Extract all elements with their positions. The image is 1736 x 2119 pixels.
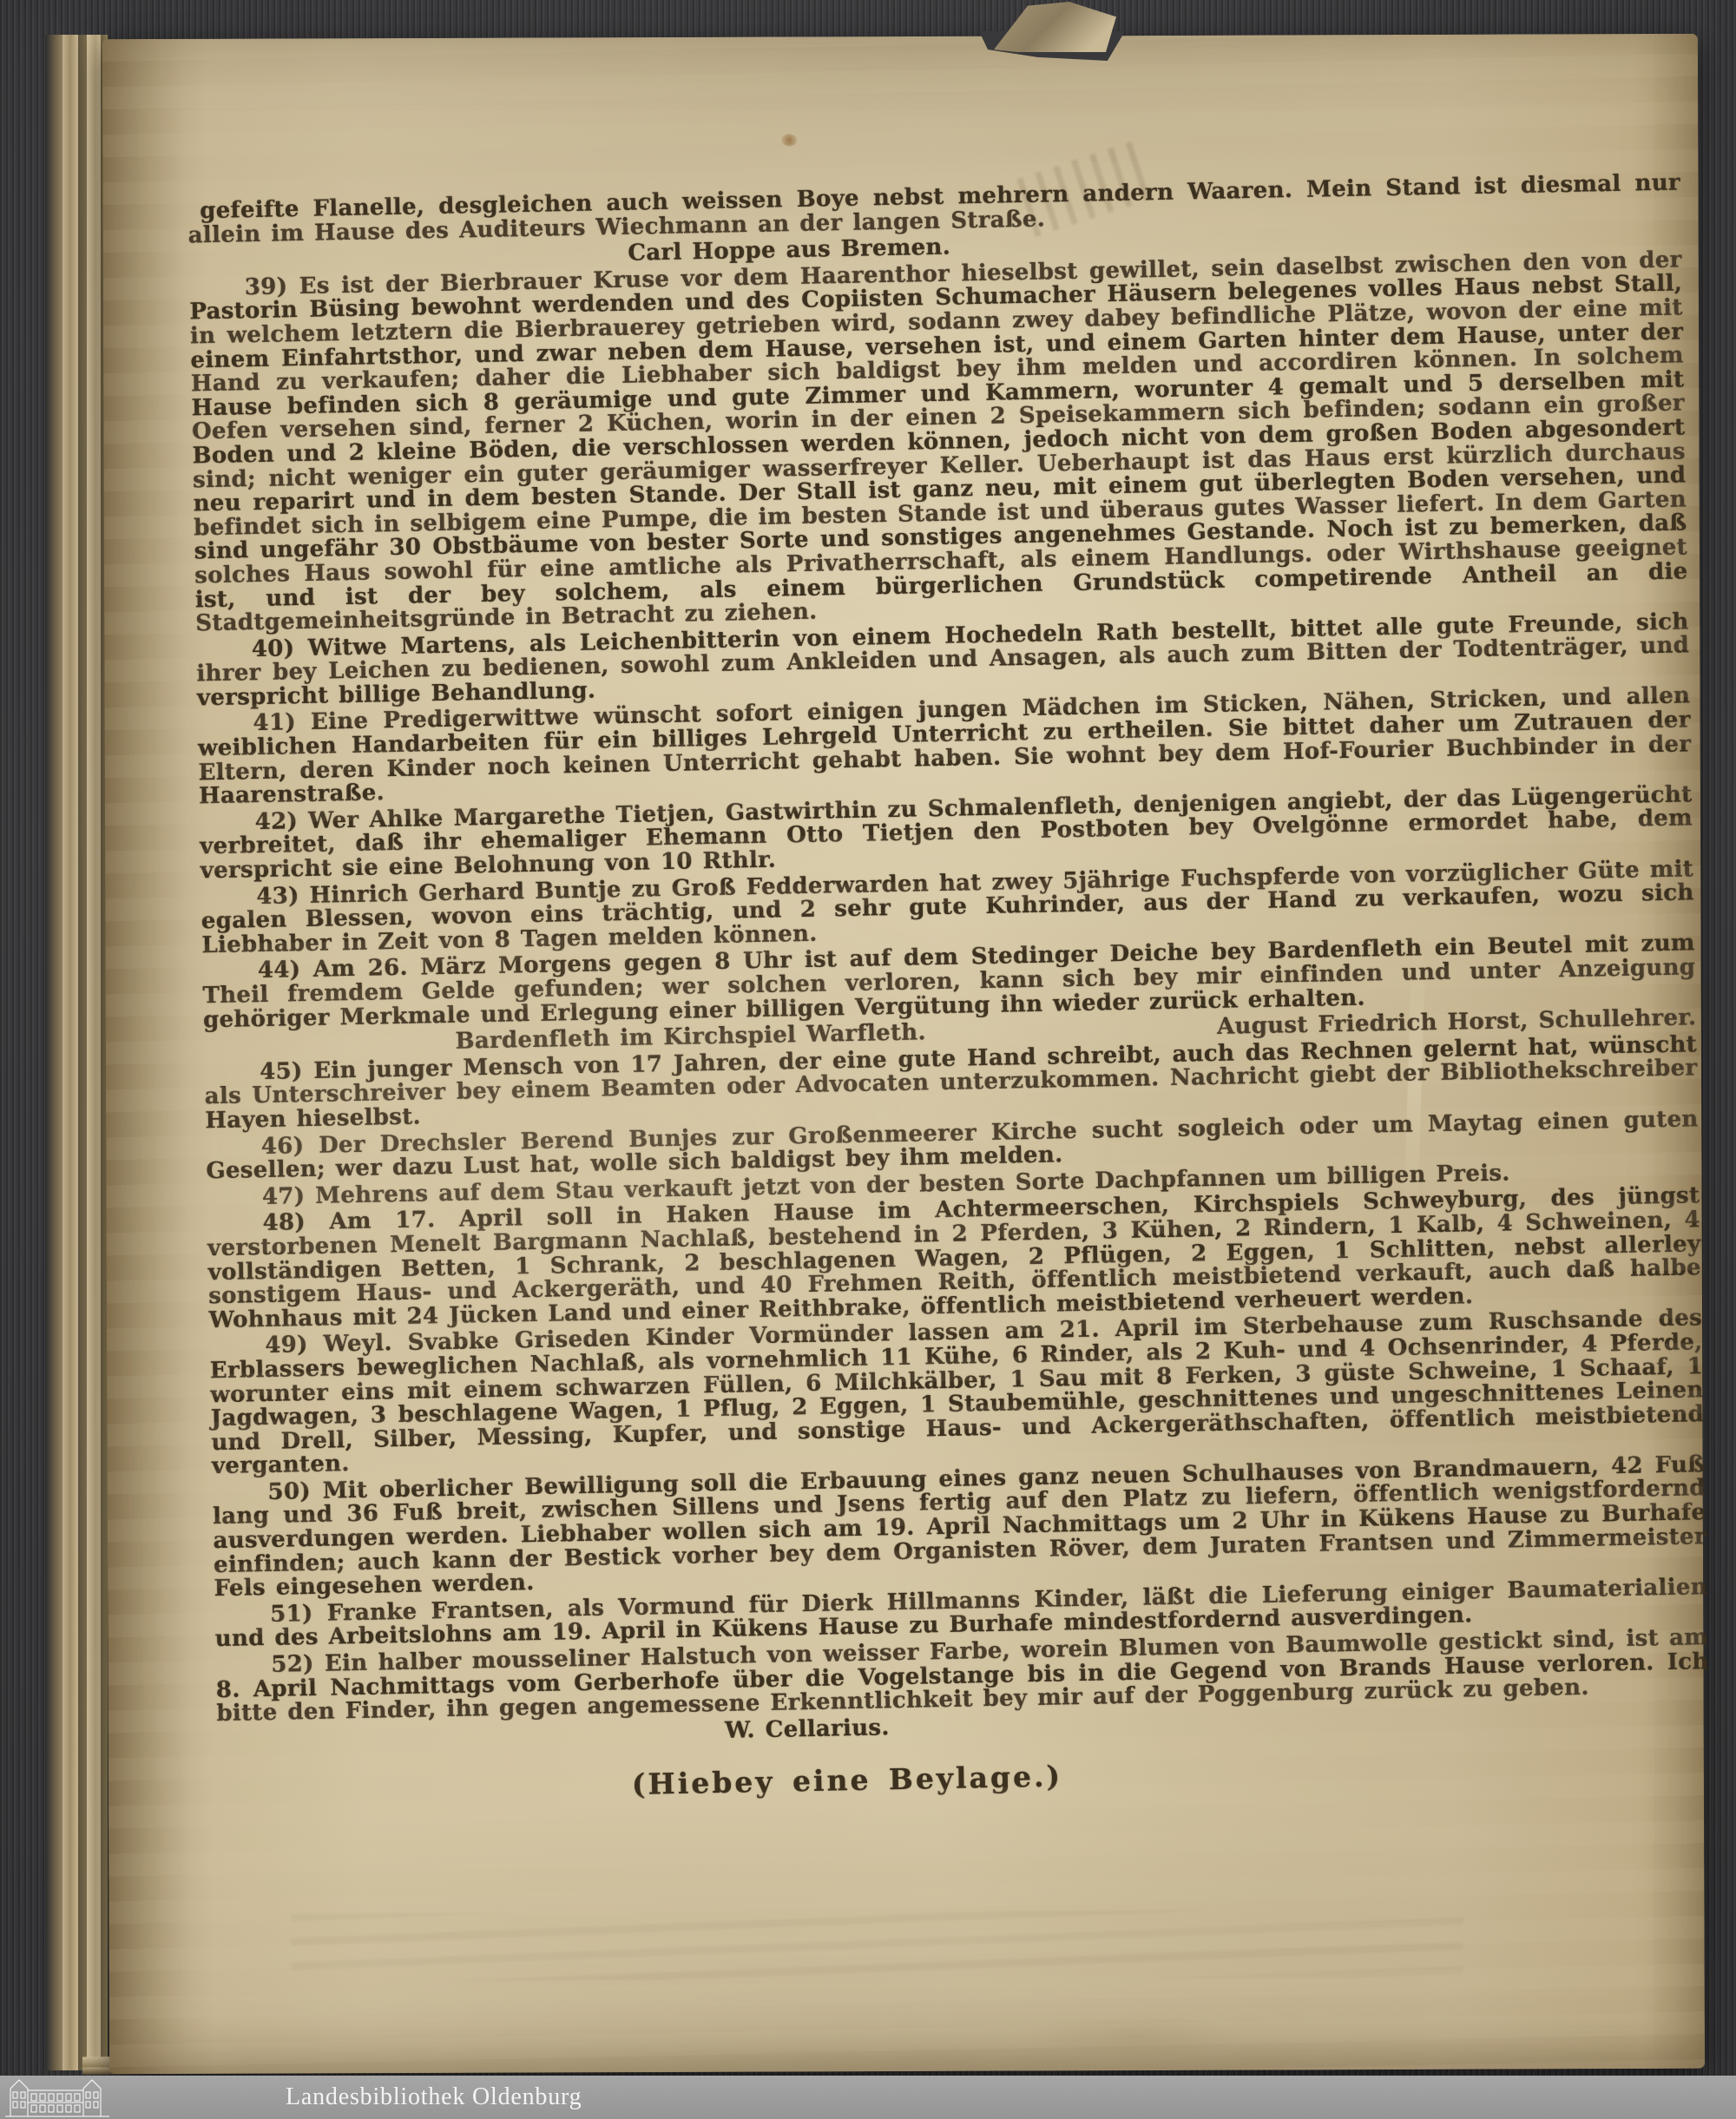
library-footer: Landesbibliothek Oldenburg xyxy=(0,2076,1736,2119)
book-page-edge xyxy=(87,35,101,2070)
library-name: Landesbibliothek Oldenburg xyxy=(286,2083,582,2111)
book-scan-viewport: gefeifte Flanelle, desgleichen auch weis… xyxy=(0,0,1736,2119)
ad-item-39: 39) Es ist der Bierbrauer Kruse vor dem … xyxy=(189,248,1689,636)
book-page-edge xyxy=(62,35,78,2070)
curled-page-corner xyxy=(991,2,1121,52)
library-building-icon xyxy=(3,2076,112,2118)
book-page-edge xyxy=(45,35,62,2070)
showthrough-reverse-text xyxy=(291,1910,1463,1982)
paper-stain xyxy=(1021,2015,1246,2059)
book-page-edge xyxy=(78,35,87,2070)
ad-item-49: 49) Weyl. Svabke Griseden Kinder Vormünd… xyxy=(209,1307,1705,1480)
scanned-page: gefeifte Flanelle, desgleichen auch weis… xyxy=(102,34,1705,2074)
page-text-block: gefeifte Flanelle, desgleichen auch weis… xyxy=(187,171,1711,1807)
ink-stain xyxy=(781,134,797,146)
closing-supplement-note: (Hiebey eine Beylage.) xyxy=(218,1753,1711,1806)
